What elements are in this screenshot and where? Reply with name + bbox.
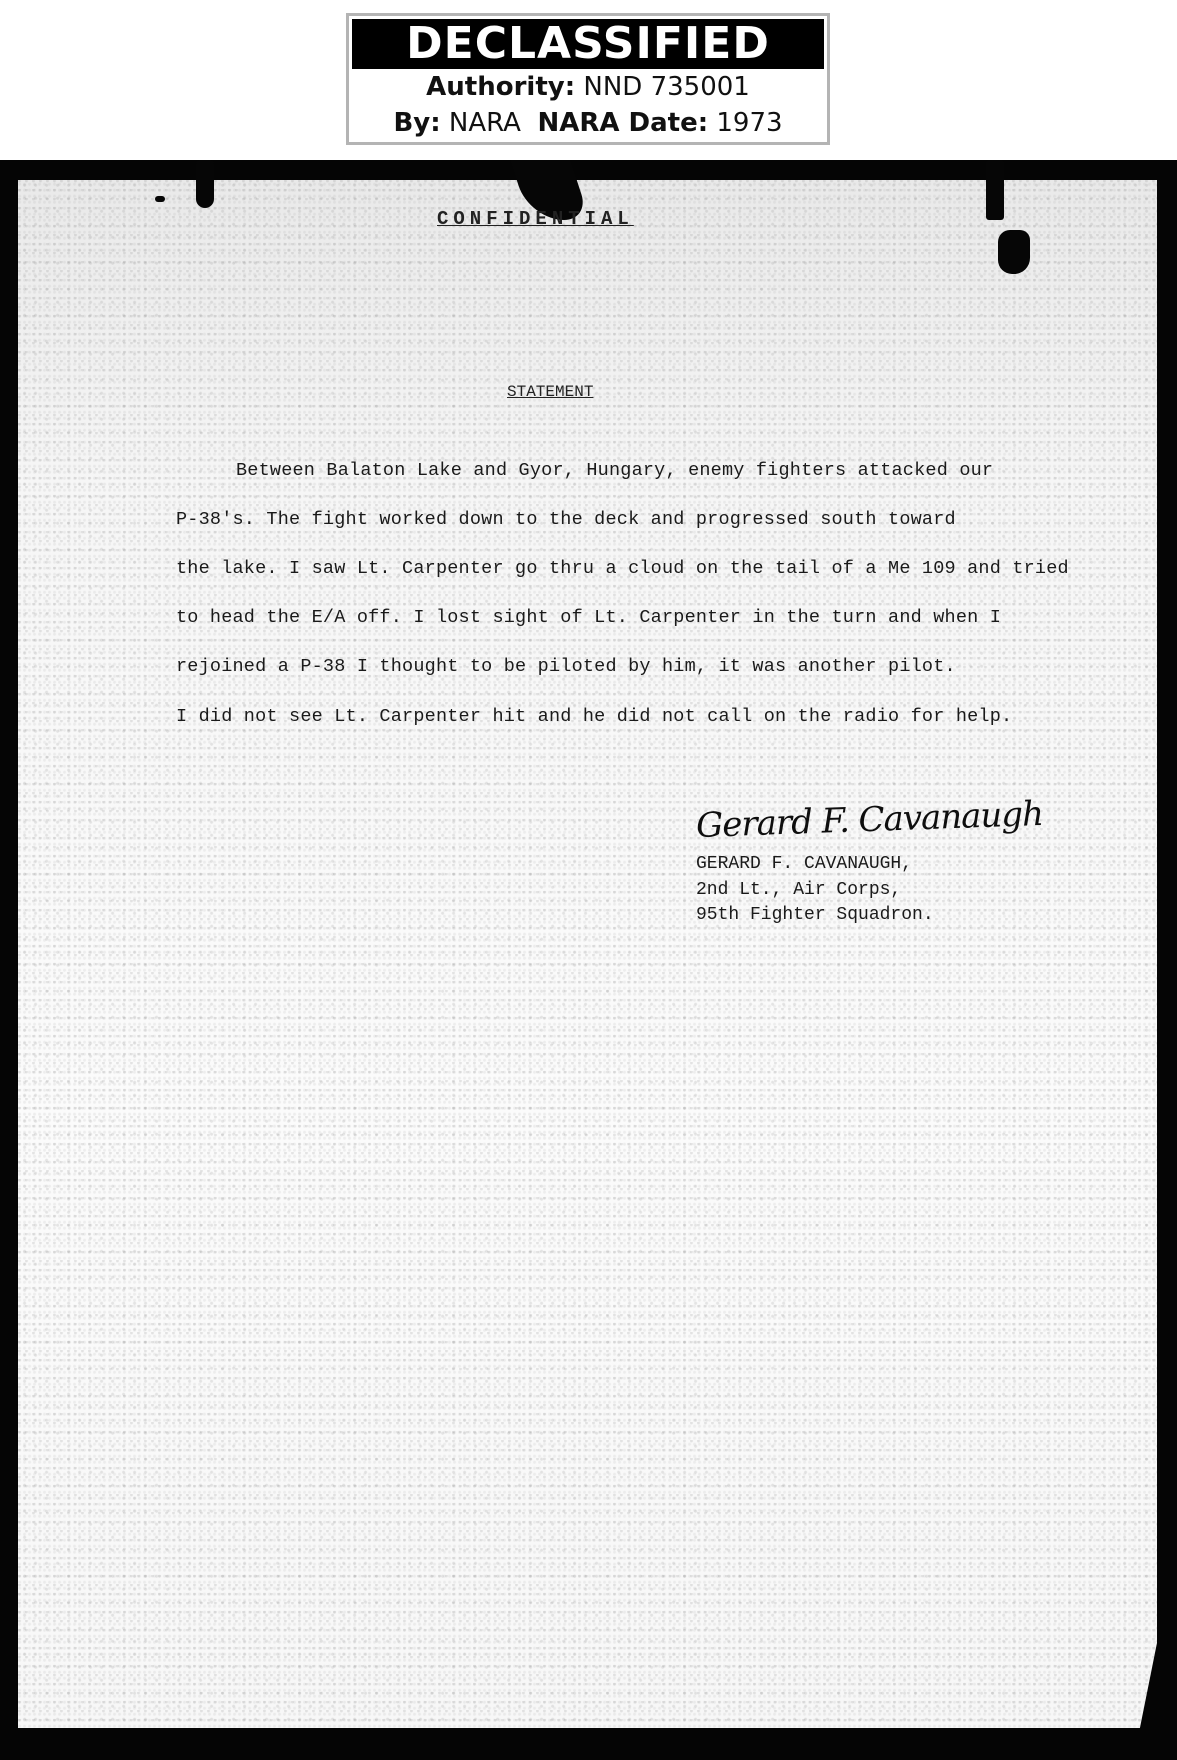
date-value: 1973	[716, 108, 782, 138]
date-label: NARA Date:	[537, 108, 708, 138]
by-value: NARA	[449, 108, 521, 138]
body-line: rejoined a P-38 I thought to be piloted …	[176, 656, 956, 677]
body-line: the lake. I saw Lt. Carpenter go thru a …	[176, 558, 1069, 579]
body-line: Between Balaton Lake and Gyor, Hungary, …	[236, 460, 993, 481]
authority-label: Authority:	[426, 72, 575, 102]
declassified-stamp: DECLASSIFIED Authority: NND 735001 By: N…	[346, 13, 830, 145]
ink-blot	[986, 160, 1004, 220]
ink-blot	[155, 196, 165, 202]
classification-marking: CONFIDENTIAL	[437, 208, 634, 230]
paper-sheet	[18, 180, 1157, 1728]
ink-blot	[998, 230, 1030, 274]
signature-unit: 95th Fighter Squadron.	[696, 905, 934, 925]
signature-rank: 2nd Lt., Air Corps,	[696, 880, 901, 900]
body-line: P-38's. The fight worked down to the dec…	[176, 509, 956, 530]
stamp-authority: Authority: NND 735001	[349, 72, 827, 102]
stamp-title: DECLASSIFIED	[352, 19, 824, 69]
document-title: STATEMENT	[507, 383, 593, 401]
body-line: I did not see Lt. Carpenter hit and he d…	[176, 706, 1012, 727]
body-line: to head the E/A off. I lost sight of Lt.…	[176, 607, 1001, 628]
stamp-by-date: By: NARA NARA Date: 1973	[349, 108, 827, 138]
signature-name: GERARD F. CAVANAUGH,	[696, 854, 912, 874]
authority-value: NND 735001	[583, 72, 749, 102]
ink-blot	[196, 160, 214, 208]
by-label: By:	[393, 108, 440, 138]
